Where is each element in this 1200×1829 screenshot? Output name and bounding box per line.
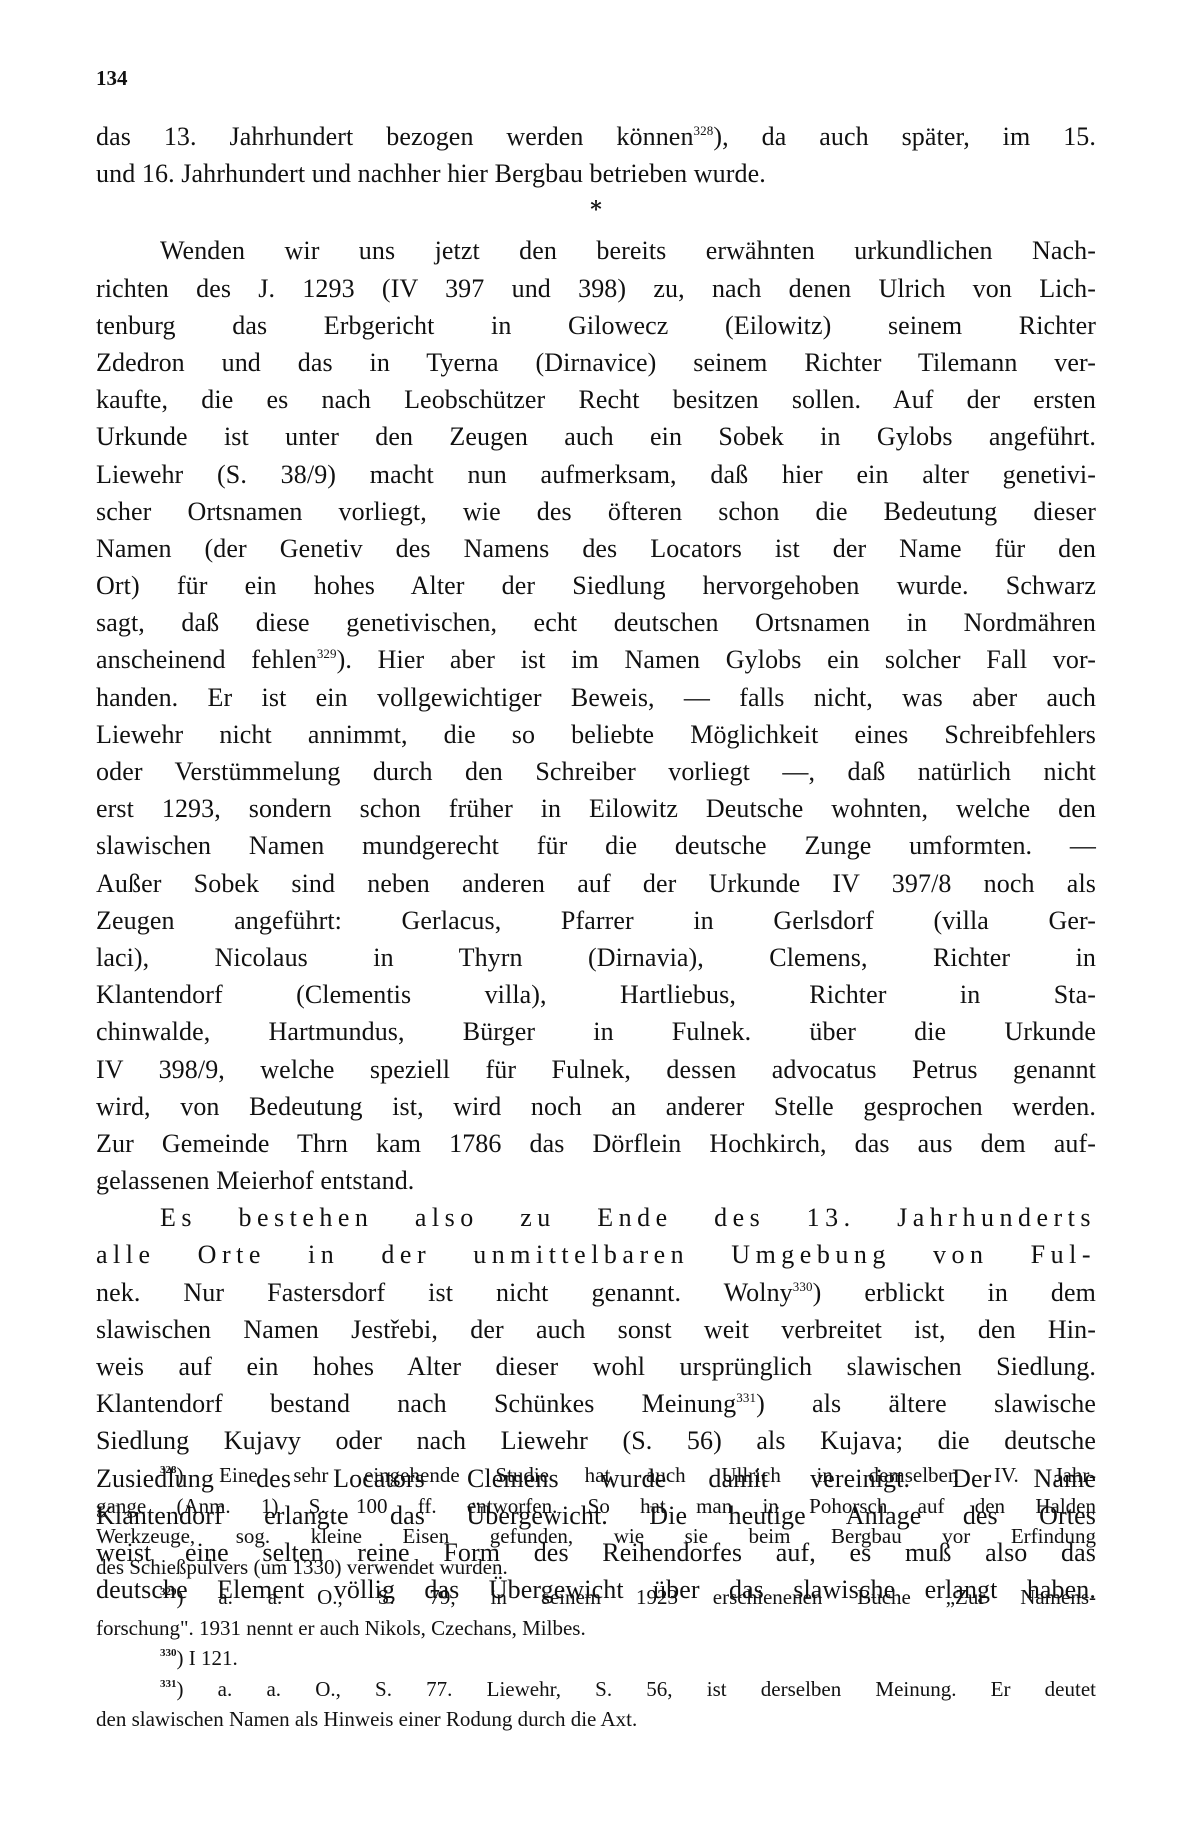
line-text: slawischen Namen mundgerecht für die deu…	[96, 831, 1096, 860]
footnote-text: Werkzeuge, sog. kleine Eisen gefunden, w…	[96, 1524, 1096, 1548]
text-line: laci), Nicolaus in Thyrn (Dirnavia), Cle…	[96, 939, 1096, 976]
footnote-line: des Schießpulvers (um 1330) verwendet wu…	[96, 1552, 1096, 1583]
text-line: Wenden wir uns jetzt den bereits erwähnt…	[96, 232, 1096, 269]
footnote-line: 331) a. a. O., S. 77. Liewehr, S. 56, is…	[96, 1674, 1096, 1705]
text-line: slawischen Namen mundgerecht für die deu…	[96, 827, 1096, 864]
text-line: richten des J. 1293 (IV 397 und 398) zu,…	[96, 270, 1096, 307]
text-line: Außer Sobek sind neben anderen auf der U…	[96, 865, 1096, 902]
text-line: Es bestehen also zu Ende des 13. Jahrhun…	[96, 1199, 1096, 1236]
line-text: und 16. Jahrhundert und nachher hier Ber…	[96, 159, 766, 188]
text-line: Klantendorf bestand nach Schünkes Meinun…	[96, 1385, 1096, 1422]
line-text: nek. Nur Fastersdorf ist nicht genannt. …	[96, 1278, 793, 1307]
text-line: weis auf ein hohes Alter dieser wohl urs…	[96, 1348, 1096, 1385]
text-line: Zdedron und das in Tyerna (Dirnavice) se…	[96, 344, 1096, 381]
footnote-line: 329) a. a. O., S. 79, in seinem 1923 ers…	[96, 1582, 1096, 1613]
text-line: IV 398/9, welche speziell für Fulnek, de…	[96, 1051, 1096, 1088]
text-line: alle Orte in der unmittelbaren Umgebung …	[96, 1236, 1096, 1273]
text-line: Namen (der Genetiv des Namens des Locato…	[96, 530, 1096, 567]
line-text-tail: ) als ältere slawische	[756, 1389, 1096, 1418]
line-text: tenburg das Erbgericht in Gilowecz (Eilo…	[96, 311, 1096, 340]
footnote-marker: 329	[160, 1586, 177, 1598]
text-line: und 16. Jahrhundert und nachher hier Ber…	[96, 155, 1096, 192]
text-line: Liewehr (S. 38/9) macht nun aufmerksam, …	[96, 456, 1096, 493]
text-line: Zeugen angeführt: Gerlacus, Pfarrer in G…	[96, 902, 1096, 939]
footnote-reference[interactable]: 329	[317, 646, 337, 661]
footnote-marker: 330	[160, 1647, 177, 1659]
text-line: handen. Er ist ein vollgewichtiger Bewei…	[96, 679, 1096, 716]
footnote-line: Werkzeuge, sog. kleine Eisen gefunden, w…	[96, 1521, 1096, 1552]
line-text: Zdedron und das in Tyerna (Dirnavice) se…	[96, 348, 1096, 377]
line-text: Wenden wir uns jetzt den bereits erwähnt…	[160, 236, 1096, 265]
footnote-text: gange (Anm. 1) S. 100 ff. entworfen. So …	[96, 1494, 1096, 1518]
line-text: Klantendorf (Clementis villa), Hartliebu…	[96, 980, 1096, 1009]
line-text: Es bestehen also zu Ende des 13. Jahrhun…	[160, 1203, 1096, 1232]
text-line: tenburg das Erbgericht in Gilowecz (Eilo…	[96, 307, 1096, 344]
line-text: scher Ortsnamen vorliegt, wie des öftere…	[96, 497, 1096, 526]
line-text: Klantendorf bestand nach Schünkes Meinun…	[96, 1389, 736, 1418]
footnote-text: des Schießpulvers (um 1330) verwendet wu…	[96, 1555, 508, 1579]
line-text: Liewehr nicht annimmt, die so beliebte M…	[96, 720, 1096, 749]
footnote-text: den slawischen Namen als Hinweis einer R…	[96, 1707, 637, 1731]
footnote-line: gange (Anm. 1) S. 100 ff. entworfen. So …	[96, 1491, 1096, 1522]
footnotes: 328) Eine sehr eingehende Studie hat auc…	[96, 1460, 1096, 1735]
line-text: erst 1293, sondern schon früher in Eilow…	[96, 794, 1096, 823]
line-text-tail: ), da auch später, im 15.	[713, 122, 1096, 151]
text-line: wird, von Bedeutung ist, wird noch an an…	[96, 1088, 1096, 1125]
text-line: Ort) für ein hohes Alter der Siedlung he…	[96, 567, 1096, 604]
footnote-line: den slawischen Namen als Hinweis einer R…	[96, 1704, 1096, 1735]
line-text: laci), Nicolaus in Thyrn (Dirnavia), Cle…	[96, 943, 1096, 972]
text-line: kaufte, die es nach Leobschützer Recht b…	[96, 381, 1096, 418]
text-line: das 13. Jahrhundert bezogen werden könne…	[96, 118, 1096, 155]
line-text: Siedlung Kujavy oder nach Liewehr (S. 56…	[96, 1426, 1096, 1455]
text-line: sagt, daß diese genetivischen, echt deut…	[96, 604, 1096, 641]
line-text: chinwalde, Hartmundus, Bürger in Fulnek.…	[96, 1017, 1096, 1046]
footnote-line: 328) Eine sehr eingehende Studie hat auc…	[96, 1460, 1096, 1491]
footnote-reference[interactable]: 328	[694, 123, 714, 138]
line-text: handen. Er ist ein vollgewichtiger Bewei…	[96, 683, 1096, 712]
line-text: Zeugen angeführt: Gerlacus, Pfarrer in G…	[96, 906, 1096, 935]
text-line: Liewehr nicht annimmt, die so beliebte M…	[96, 716, 1096, 753]
footnote-reference[interactable]: 330	[793, 1279, 813, 1294]
text-line: Zur Gemeinde Thrn kam 1786 das Dörflein …	[96, 1125, 1096, 1162]
text-line: anscheinend fehlen329). Hier aber ist im…	[96, 641, 1096, 678]
line-text: gelassenen Meierhof entstand.	[96, 1166, 414, 1195]
footnote-text: ) a. a. O., S. 79, in seinem 1923 erschi…	[177, 1585, 1097, 1609]
line-text: weis auf ein hohes Alter dieser wohl urs…	[96, 1352, 1096, 1381]
footnote-marker: 331	[160, 1678, 177, 1690]
line-text: Außer Sobek sind neben anderen auf der U…	[96, 869, 1096, 898]
footnote-line: forschung". 1931 nennt er auch Nikols, C…	[96, 1613, 1096, 1644]
footnote-text: ) a. a. O., S. 77. Liewehr, S. 56, ist d…	[177, 1677, 1097, 1701]
line-text-tail: ). Hier aber ist im Namen Gylobs ein sol…	[337, 645, 1096, 674]
line-text: kaufte, die es nach Leobschützer Recht b…	[96, 385, 1096, 414]
line-text: oder Verstümmelung durch den Schreiber v…	[96, 757, 1096, 786]
text-line: Urkunde ist unter den Zeugen auch ein So…	[96, 418, 1096, 455]
line-text: alle Orte in der unmittelbaren Umgebung …	[96, 1240, 1096, 1269]
footnote-reference[interactable]: 331	[736, 1390, 756, 1405]
text-line: Klantendorf (Clementis villa), Hartliebu…	[96, 976, 1096, 1013]
line-text: Namen (der Genetiv des Namens des Locato…	[96, 534, 1096, 563]
line-text: das 13. Jahrhundert bezogen werden könne…	[96, 122, 694, 151]
line-text-tail: ) erblickt in dem	[813, 1278, 1096, 1307]
body-text: das 13. Jahrhundert bezogen werden könne…	[96, 118, 1096, 1608]
text-line: chinwalde, Hartmundus, Bürger in Fulnek.…	[96, 1013, 1096, 1050]
footnote-text: forschung". 1931 nennt er auch Nikols, C…	[96, 1616, 586, 1640]
text-line: oder Verstümmelung durch den Schreiber v…	[96, 753, 1096, 790]
line-text: richten des J. 1293 (IV 397 und 398) zu,…	[96, 274, 1096, 303]
footnote-line: 330) I 121.	[96, 1643, 1096, 1674]
section-separator: *	[96, 188, 1096, 232]
text-line: erst 1293, sondern schon früher in Eilow…	[96, 790, 1096, 827]
text-line: nek. Nur Fastersdorf ist nicht genannt. …	[96, 1274, 1096, 1311]
text-line: scher Ortsnamen vorliegt, wie des öftere…	[96, 493, 1096, 530]
line-text: sagt, daß diese genetivischen, echt deut…	[96, 608, 1096, 637]
text-line: gelassenen Meierhof entstand.	[96, 1162, 1096, 1199]
line-text: wird, von Bedeutung ist, wird noch an an…	[96, 1092, 1096, 1121]
line-text: slawischen Namen Jestřebi, der auch sons…	[96, 1315, 1096, 1344]
page-number: 134	[96, 66, 128, 91]
line-text: Zur Gemeinde Thrn kam 1786 das Dörflein …	[96, 1129, 1096, 1158]
text-line: slawischen Namen Jestřebi, der auch sons…	[96, 1311, 1096, 1348]
line-text: Urkunde ist unter den Zeugen auch ein So…	[96, 422, 1096, 451]
line-text: anscheinend fehlen	[96, 645, 317, 674]
text-line: Siedlung Kujavy oder nach Liewehr (S. 56…	[96, 1422, 1096, 1459]
line-text: Liewehr (S. 38/9) macht nun aufmerksam, …	[96, 460, 1096, 489]
footnote-marker: 328	[160, 1464, 177, 1476]
footnote-text: ) Eine sehr eingehende Studie hat auch U…	[177, 1463, 1097, 1487]
line-text: IV 398/9, welche speziell für Fulnek, de…	[96, 1055, 1096, 1084]
line-text: Ort) für ein hohes Alter der Siedlung he…	[96, 571, 1096, 600]
footnote-text: ) I 121.	[177, 1646, 238, 1670]
